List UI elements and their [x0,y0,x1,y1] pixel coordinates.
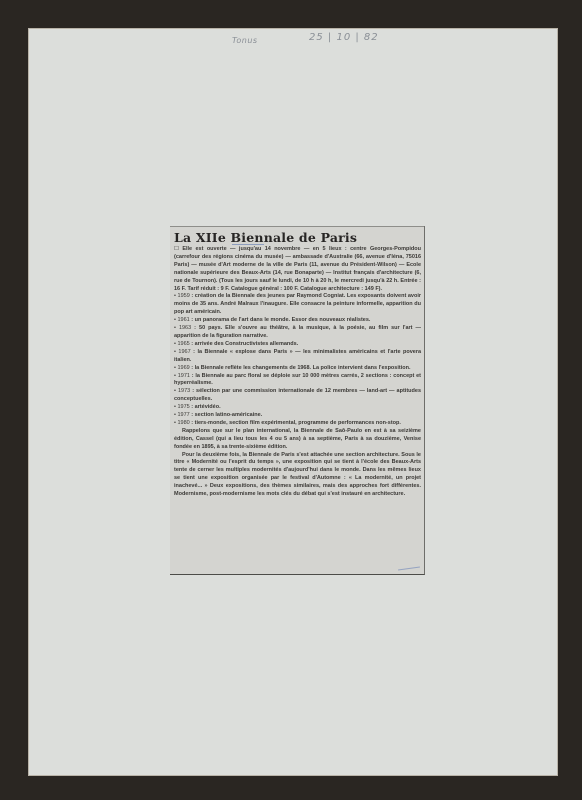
bullet-icon: • [174,293,176,299]
handwritten-date-annotation: 25 | 10 | 82 [309,32,379,43]
timeline-item: • 1963 : 50 pays. Elle s'ouvre au théâtr… [174,325,421,341]
timeline-text: section latino-américaine. [195,412,263,418]
timeline-text: la Biennale au parc floral se déploie su… [174,373,421,387]
timeline-year: 1961 [177,317,189,323]
timeline-list: • 1959 : création de la Biennale des jeu… [174,293,421,427]
pen-stroke-mark [398,566,420,570]
bullet-icon: • [174,349,176,355]
pen-underline-mark [232,244,264,245]
timeline-year: 1977 [177,412,189,418]
timeline-item: • 1977 : section latino-américaine. [174,412,421,420]
timeline-text: la Biennale reflète les changements de 1… [195,365,411,371]
timeline-text: tiers-monde, section film expérimental, … [195,420,401,426]
paragraph-architecture: Pour la deuxième fois, la Biennale de Pa… [174,452,421,499]
timeline-year: 1967 [178,349,190,355]
bullet-icon: • [174,341,176,347]
bullet-icon: • [174,317,176,323]
timeline-year: 1963 [179,325,191,331]
bullet-icon: • [174,373,176,379]
intro-text: Elle est ouverte — jusqu'au 14 novembre … [174,246,421,292]
bullet-icon: • [174,420,176,426]
checkbox-glyph-icon: ☐ [174,246,179,252]
timeline-text: 50 pays. Elle s'ouvre au théâtre, à la m… [174,325,421,339]
paragraph-international: Rappelons que sur le plan international,… [174,428,421,452]
bullet-icon: • [174,365,176,371]
timeline-item: • 1969 : la Biennale reflète les changem… [174,365,421,373]
timeline-item: • 1965 : arrivée des Constructivistes al… [174,341,421,349]
timeline-text: artévidéo. [195,404,221,410]
timeline-year: 1975 [177,404,189,410]
bullet-icon: • [174,404,176,410]
timeline-item: • 1975 : artévidéo. [174,404,421,412]
timeline-text: création de la Biennale des jeunes par R… [174,293,421,315]
timeline-year: 1965 [177,341,189,347]
timeline-year: 1973 [178,388,190,394]
timeline-year: 1969 [177,365,189,371]
timeline-item: • 1959 : création de la Biennale des jeu… [174,293,421,317]
clipping-body: ☐ Elle est ouverte — jusqu'au 14 novembr… [174,246,421,499]
bullet-icon: • [174,388,176,394]
timeline-text: sélection par une commission internation… [174,388,421,402]
timeline-item: • 1973 : sélection par une commission in… [174,388,421,404]
timeline-item: • 1961 : un panorama de l'art dans le mo… [174,317,421,325]
timeline-item: • 1967 : la Biennale « explose dans Pari… [174,349,421,365]
timeline-year: 1980 [177,420,189,426]
handwritten-name-annotation: Tonus [232,36,258,45]
bullet-icon: • [174,412,176,418]
timeline-year: 1971 [178,373,190,379]
bullet-icon: • [174,325,176,331]
newspaper-clipping: La XIIe Biennale de Paris ☐ Elle est ouv… [170,226,425,575]
timeline-text: la Biennale « explose dans Paris » — les… [174,349,421,363]
timeline-item: • 1971 : la Biennale au parc floral se d… [174,373,421,389]
intro-paragraph: ☐ Elle est ouverte — jusqu'au 14 novembr… [174,246,421,293]
timeline-text: un panorama de l'art dans le monde. Esso… [195,317,371,323]
timeline-year: 1959 [178,293,190,299]
clipping-headline: La XIIe Biennale de Paris [174,231,421,245]
timeline-item: • 1980 : tiers-monde, section film expér… [174,420,421,428]
timeline-text: arrivée des Constructivistes allemands. [195,341,299,347]
